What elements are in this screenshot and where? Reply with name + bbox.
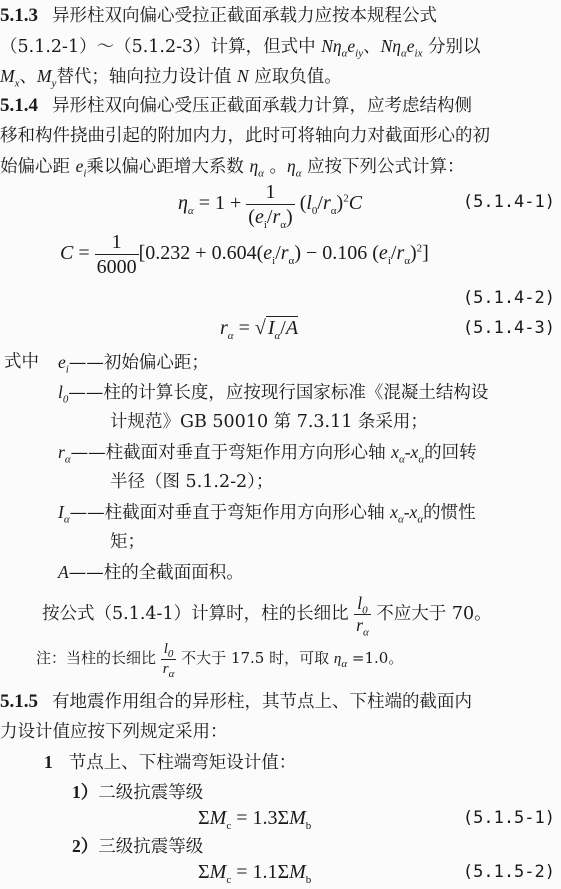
paragraph-text: 有地震作用组合的异形柱，其节点上、下柱端的截面内	[52, 692, 472, 712]
section-5-1-3-line-3: Mx、My替代；轴向拉力设计值 N 应取负值。	[0, 64, 342, 89]
subitem-1: 1）二级抗震等级	[72, 780, 203, 805]
equation-5-1-4-2: C = 16000[0.232 + 0.604(ei/rα) − 0.106 (…	[60, 232, 429, 277]
equation-label: (5.1.4-2)	[463, 288, 555, 308]
math-inline: My	[37, 66, 56, 86]
equation-label: (5.1.4-1)	[463, 192, 555, 212]
definition-r: rα——柱截面对垂直于弯矩作用方向形心轴 xα-xα的回转	[58, 440, 477, 465]
definition-I-cont: 矩；	[110, 530, 145, 554]
section-5-1-5-line-1: 5.1.5有地震作用组合的异形柱，其节点上、下柱端的截面内	[0, 690, 472, 714]
section-5-1-4-line-1: 5.1.4异形柱双向偏心受压正截面承载力计算，应考虑结构侧	[0, 94, 472, 118]
math-inline: N	[237, 66, 249, 86]
paragraph-text: （5.1.2-1）～（5.1.2-3）计算，但式中	[0, 37, 321, 57]
equation-label: (5.1.5-1)	[463, 808, 555, 828]
definition-ei: ei——初始偏心距；	[58, 350, 209, 375]
equation-label: (5.1.5-2)	[463, 862, 555, 882]
paragraph-text: 始偏心距	[0, 157, 76, 177]
paragraph-text: 应取负值。	[249, 67, 342, 87]
definition-l0-cont: 计规范》GB 50010 第 7.3.11 条采用；	[110, 410, 428, 434]
where-label: 式中	[4, 350, 39, 374]
symbol: A	[58, 562, 69, 582]
symbol: Iα	[58, 502, 70, 522]
section-number: 5.1.3	[0, 5, 38, 26]
section-5-1-5-line-2: 力设计值应按下列规定采用：	[0, 720, 228, 744]
symbol: l0	[58, 382, 68, 402]
definition-l0: l0——柱的计算长度，应按现行国家标准《混凝土结构设	[58, 380, 488, 405]
definition-I: Iα——柱截面对垂直于弯矩作用方向形心轴 xα-xα的惯性	[58, 500, 476, 525]
math-inline: Nηαeix	[381, 36, 423, 56]
paragraph-text: 异形柱双向偏心受拉正截面承载力应按本规程公式	[52, 6, 437, 26]
note: 注：当柱的长细比 l0rα 不大于 17.5 时，可取 ηα =1.0。	[36, 640, 403, 677]
section-number: 5.1.5	[0, 691, 38, 712]
section-number: 5.1.4	[0, 95, 38, 116]
item-1: 1节点上、下柱端弯矩设计值：	[44, 750, 296, 775]
paragraph-text: 分别以	[422, 37, 480, 57]
math-inline: Mx	[0, 66, 19, 86]
section-5-1-3-line-1: 5.1.3异形柱双向偏心受拉正截面承载力应按本规程公式	[0, 4, 437, 28]
paragraph-text: 移和构件挠曲引起的附加内力，此时可将轴向力对截面形心的初	[0, 126, 490, 146]
equation-label: (5.1.4-3)	[463, 318, 555, 338]
section-5-1-4-line-3: 始偏心距 ei乘以偏心距增大系数 ηα 。ηα 应按下列公式计算：	[0, 154, 465, 179]
slenderness-limit: 按公式（5.1.4-1）计算时，柱的长细比 l0rα 不应大于 70。	[42, 594, 492, 635]
definition-r-cont: 半径（图 5.1.2-2）；	[110, 470, 273, 494]
paragraph-text: 异形柱双向偏心受压正截面承载力计算，应考虑结构侧	[52, 96, 472, 116]
paragraph-text: 替代；轴向拉力设计值	[56, 67, 237, 87]
equation-5-1-4-1: ηα = 1 + 1(ei/rα) (l0/rα)2C	[178, 182, 362, 227]
section-5-1-3-line-2: （5.1.2-1）～（5.1.2-3）计算，但式中 Nηαeiy、Nηαeix …	[0, 34, 481, 59]
paragraph-text: 乘以偏心距增大系数	[86, 157, 249, 177]
equation-5-1-5-1: ΣMc = 1.3ΣMb	[198, 806, 311, 830]
symbol: rα	[58, 442, 71, 462]
math-inline: Nηαeiy	[321, 36, 363, 56]
subitem-2: 2）三级抗震等级	[72, 834, 203, 859]
definition-A: A——柱的全截面面积。	[58, 560, 244, 585]
equation-5-1-5-2: ΣMc = 1.1ΣMb	[198, 860, 311, 884]
equation-5-1-4-3: rα = √Iα/A	[220, 316, 298, 340]
symbol: ei	[58, 352, 69, 372]
section-5-1-4-line-2: 移和构件挠曲引起的附加内力，此时可将轴向力对截面形心的初	[0, 124, 490, 148]
paragraph-text: 应按下列公式计算：	[301, 157, 464, 177]
